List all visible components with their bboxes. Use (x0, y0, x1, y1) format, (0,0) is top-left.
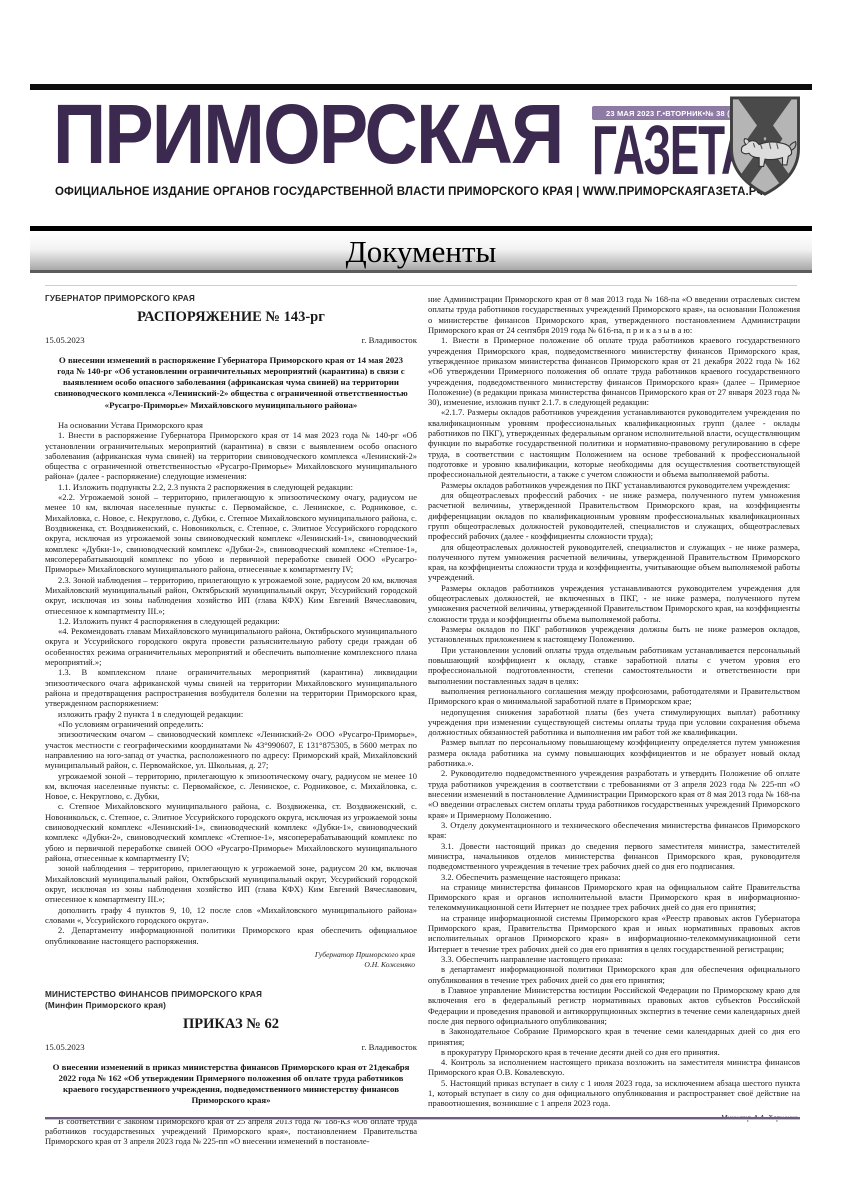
paragraph: эпизоотическим очагом – свиноводческий к… (45, 729, 417, 770)
paragraph: 3.2. Обеспечить размещение настоящего пр… (428, 872, 800, 882)
doc2-body-right: ние Администрации Приморского края от 8 … (428, 294, 800, 1109)
paragraph: 3. Отделу документационного и техническо… (428, 820, 800, 841)
paragraph: 1.2. Изложить пункт 4 распоряжения в сле… (45, 616, 417, 626)
paragraph: для общеотраслевых должностей руководите… (428, 542, 800, 583)
paragraph: в Законодательное Собрание Приморского к… (428, 1026, 800, 1047)
paragraph: с. Степное Михайловского муниципального … (45, 801, 417, 863)
doc1-signature-role: Губернатор Приморского края (45, 950, 415, 960)
paragraph: Размер выплат по персональному повышающе… (428, 737, 800, 768)
content-columns: ГУБЕРНАТОР ПРИМОРСКОГО КРАЯ РАСПОРЯЖЕНИЕ… (0, 286, 842, 1147)
doc2-date: 15.05.2023 (45, 1042, 85, 1052)
paragraph: 1. Внести в Примерное положение об оплат… (428, 335, 800, 407)
paragraph: В соответствии с Законом Приморского кра… (45, 1116, 417, 1147)
paragraph: недопущения снижения заработной платы (б… (428, 707, 800, 738)
section-rule-top (30, 226, 812, 231)
paragraph: в Главное управление Министерства юстици… (428, 985, 800, 1026)
paragraph: зоной наблюдения – территорию, прилегающ… (45, 863, 417, 904)
paragraph: «4. Рекомендовать главам Михайловского м… (45, 626, 417, 667)
doc1-type: РАСПОРЯЖЕНИЕ № 143-рг (45, 309, 417, 326)
doc2-type: ПРИКАЗ № 62 (45, 1016, 417, 1033)
section-band: Документы (30, 233, 812, 273)
masthead-subtitle: ОФИЦИАЛЬНОЕ ИЗДАНИЕ ОРГАНОВ ГОСУДАРСТВЕН… (55, 186, 735, 198)
doc1-signature: Губернатор Приморского края О.Н. Кожемяк… (45, 950, 415, 971)
doc2-place: г. Владивосток (362, 1042, 417, 1052)
paragraph: выполнения регионального соглашения межд… (428, 686, 800, 707)
masthead-title-primary: ПРИМОРСКАЯ (53, 92, 563, 176)
paragraph: Размеры окладов работников учреждения ус… (428, 583, 800, 624)
paragraph: На основании Устава Приморского края (45, 420, 417, 430)
paragraph: 1.3. В комплексном плане ограничительных… (45, 667, 417, 708)
paragraph: «По условиям ограничений определить: (45, 719, 417, 729)
paragraph: 1. Внести в распоряжение Губернатора При… (45, 430, 417, 482)
paragraph: 3.3. Обеспечить направление настоящего п… (428, 954, 800, 964)
doc1-place: г. Владивосток (362, 335, 417, 345)
doc2-issuer: МИНИСТЕРСТВО ФИНАНСОВ ПРИМОРСКОГО КРАЯ (… (45, 990, 417, 1011)
doc1-body: На основании Устава Приморского края1. В… (45, 420, 417, 946)
section-header: Документы (30, 226, 812, 286)
paragraph: 5. Настоящий приказ вступает в силу с 1 … (428, 1078, 800, 1109)
masthead: ПРИМОРСКАЯ 23 МАЯ 2023 Г.•ВТОРНИК•№ 38 (… (0, 0, 842, 218)
paragraph: 2.3. Зоной наблюдения – территорию, прил… (45, 575, 417, 616)
section-title: Документы (346, 234, 497, 270)
doc1-date: 15.05.2023 (45, 335, 85, 345)
coat-of-arms-icon (728, 95, 802, 197)
paragraph: При установлении условий оплаты труда от… (428, 645, 800, 686)
paragraph: в прокуратуру Приморского края в течение… (428, 1047, 800, 1057)
paragraph: ние Администрации Приморского края от 8 … (428, 294, 800, 335)
paragraph: на странице министерства финансов Примор… (428, 882, 800, 913)
paragraph: 1.1. Изложить подпункты 2.2, 2.3 пункта … (45, 482, 417, 492)
doc2-issuer-line2: (Минфин Приморского края) (45, 1001, 417, 1012)
column-left: ГУБЕРНАТОР ПРИМОРСКОГО КРАЯ РАСПОРЯЖЕНИЕ… (45, 294, 417, 1147)
doc1-dateline: 15.05.2023 г. Владивосток (45, 335, 417, 345)
newspaper-page: ПРИМОРСКАЯ 23 МАЯ 2023 Г.•ВТОРНИК•№ 38 (… (0, 0, 842, 1191)
paragraph: изложить графу 2 пункта 1 в следующей ре… (45, 709, 417, 719)
paragraph: на странице информационной системы Примо… (428, 913, 800, 954)
paragraph: «2.1.7. Размеры окладов работников учреж… (428, 407, 800, 479)
paragraph: для общеотраслевых профессий рабочих - н… (428, 490, 800, 542)
doc1-subject: О внесении изменений в распоряжение Губе… (51, 355, 411, 411)
doc2-issuer-line1: МИНИСТЕРСТВО ФИНАНСОВ ПРИМОРСКОГО КРАЯ (45, 990, 417, 1001)
paragraph: дополнить графу 4 пунктов 9, 10, 12 посл… (45, 905, 417, 926)
doc2-dateline: 15.05.2023 г. Владивосток (45, 1042, 417, 1052)
bottom-rule (45, 1117, 800, 1120)
paragraph: 4. Контроль за исполнением настоящего пр… (428, 1057, 800, 1078)
paragraph: Размеры окладов работников учреждения по… (428, 480, 800, 490)
doc2-body-left: В соответствии с Законом Приморского кра… (45, 1116, 417, 1147)
paragraph: 2. Руководителю подведомственного учрежд… (428, 768, 800, 820)
paragraph: 3.1. Довести настоящий приказ до сведени… (428, 841, 800, 872)
doc1-signature-name: О.Н. Кожемяко (45, 960, 415, 970)
doc1-issuer: ГУБЕРНАТОР ПРИМОРСКОГО КРАЯ (45, 294, 417, 305)
paragraph: Размеры окладов по ПКГ работников учрежд… (428, 624, 800, 645)
paragraph: 2. Департаменту информационной политики … (45, 925, 417, 946)
doc2-subject: О внесении изменений в приказ министерст… (51, 1062, 411, 1107)
paragraph: в департамент информационной политики Пр… (428, 964, 800, 985)
masthead-title-secondary: ГАЗЕТА (592, 122, 700, 179)
column-right: ние Администрации Приморского края от 8 … (428, 294, 800, 1147)
doc2-header: МИНИСТЕРСТВО ФИНАНСОВ ПРИМОРСКОГО КРАЯ (… (45, 990, 417, 1146)
paragraph: «2.2. Угрожаемой зоной – территорию, при… (45, 492, 417, 575)
paragraph: угрожаемой зоной – территорию, прилегающ… (45, 771, 417, 802)
